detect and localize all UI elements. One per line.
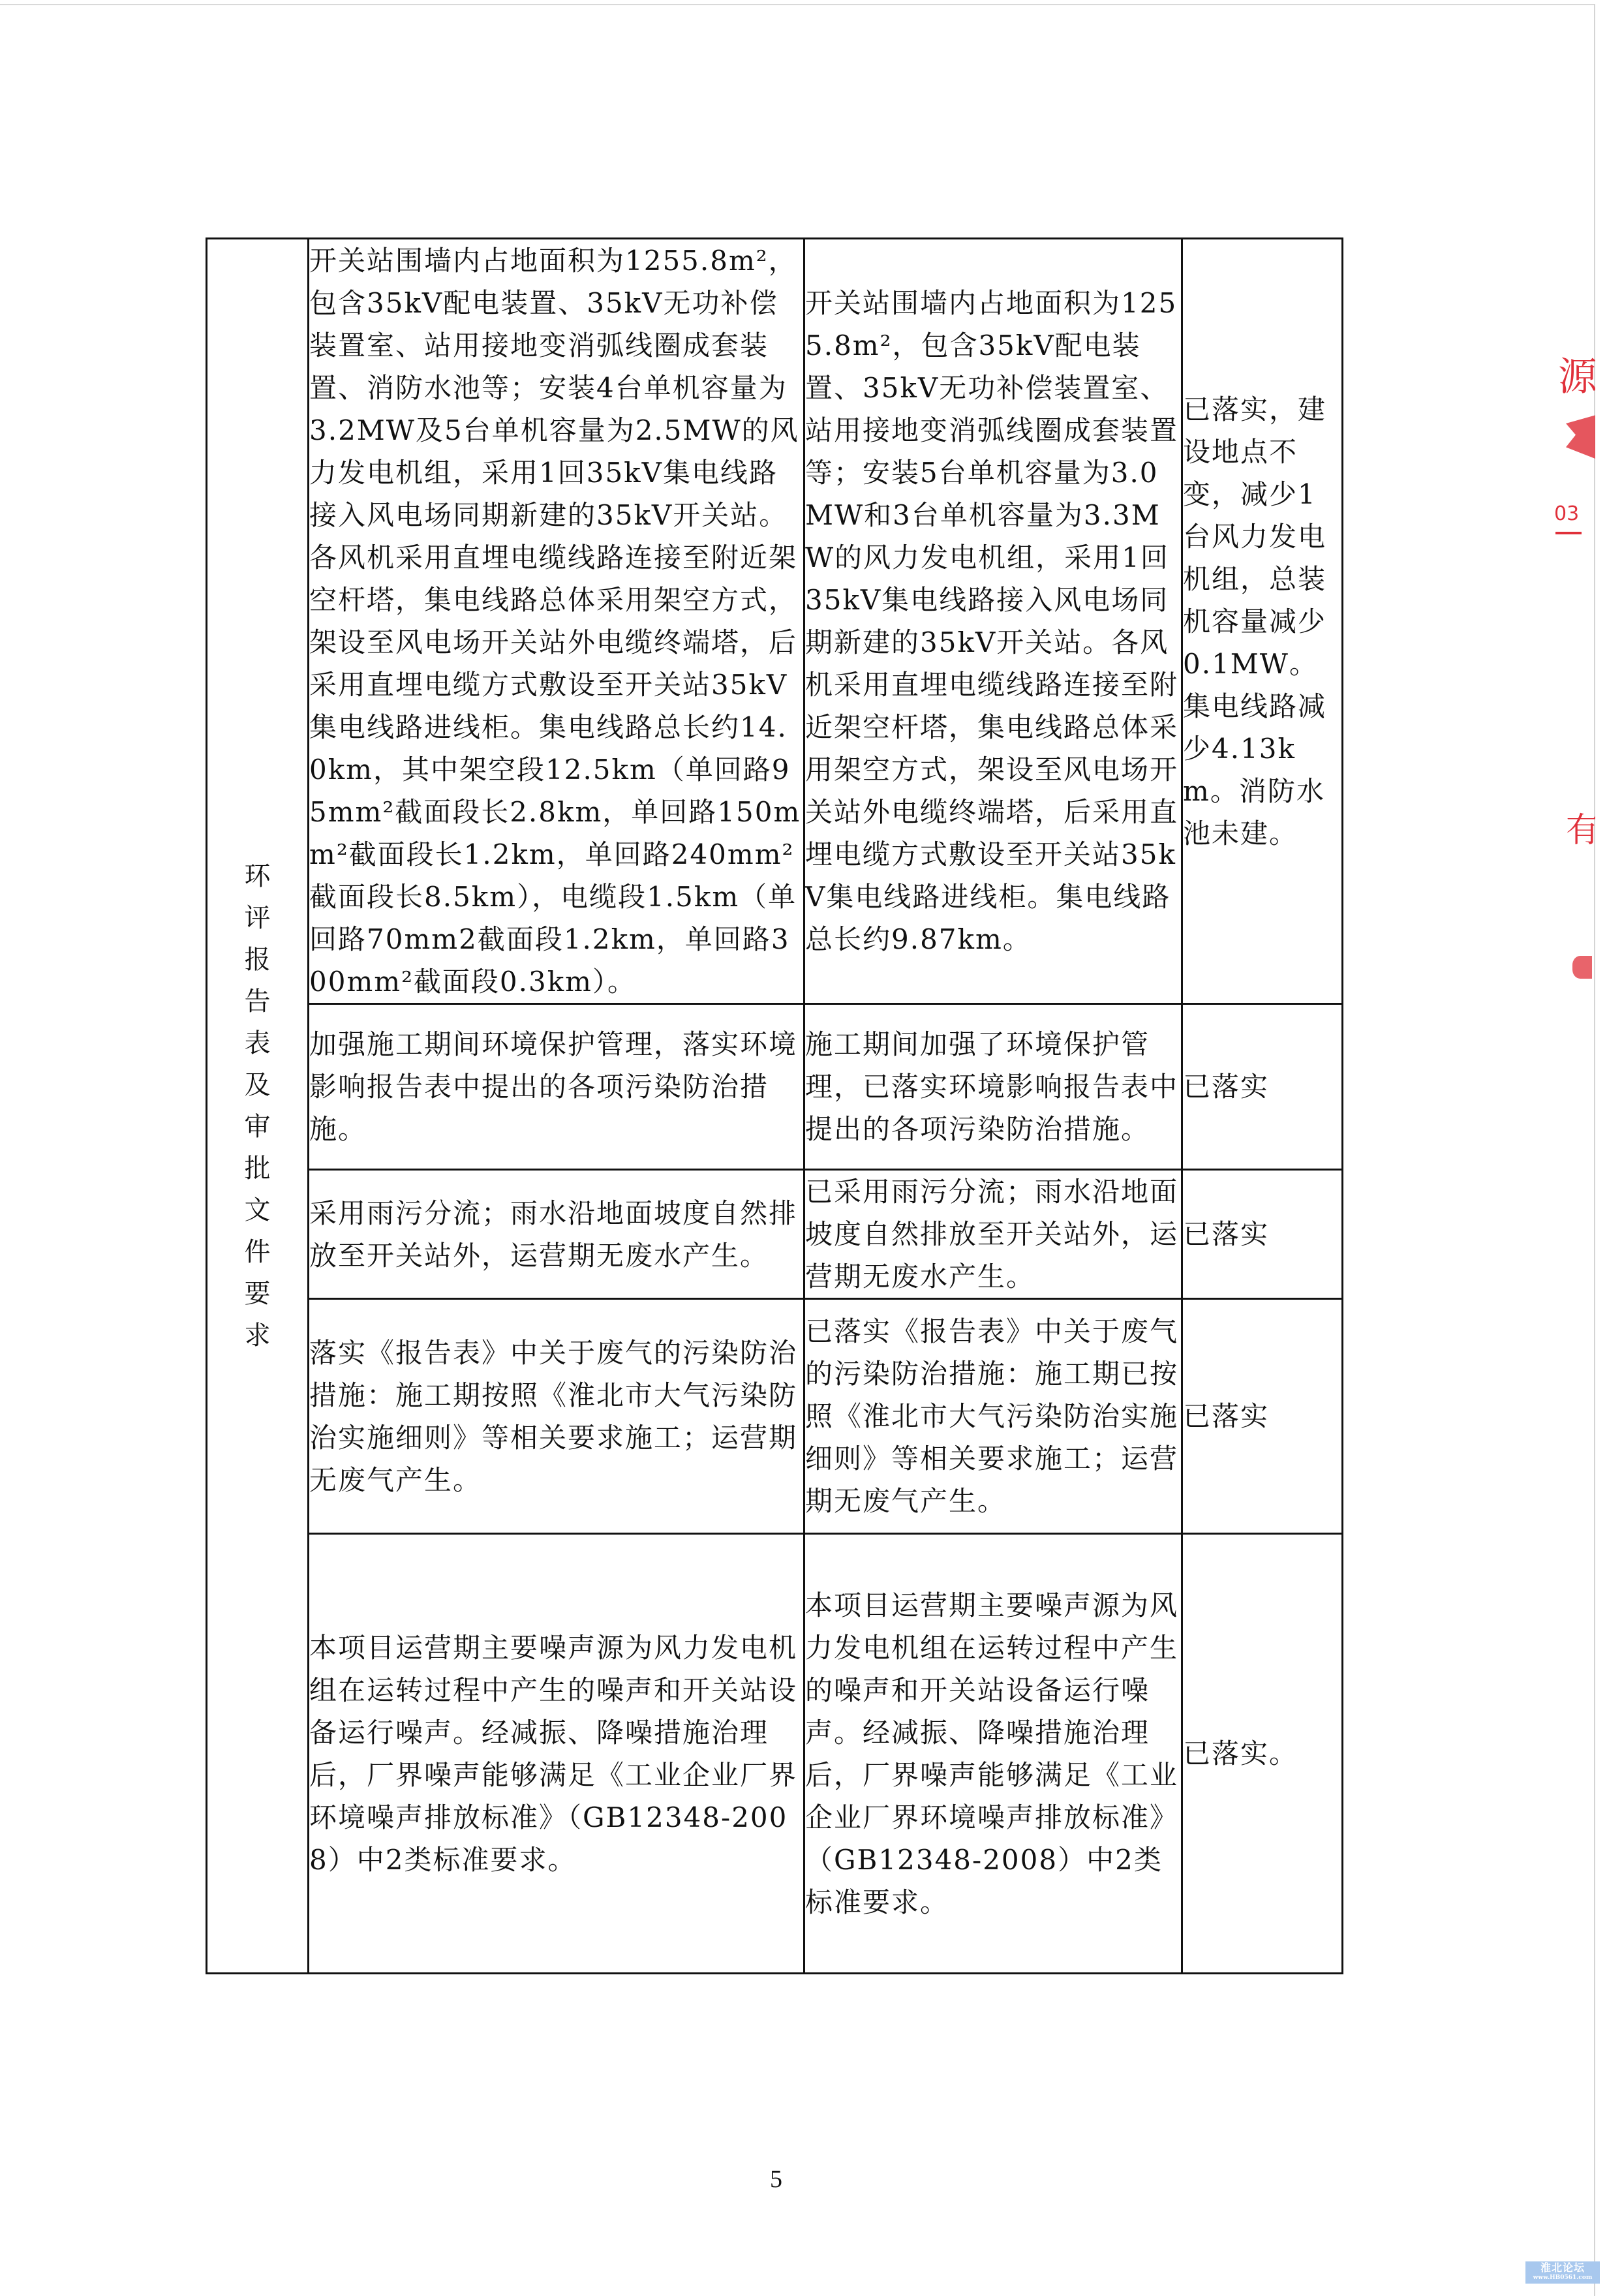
page-number: 5 [770,2165,782,2194]
requirement-cell: 落实《报告表》中关于废气的污染防治措施：施工期按照《淮北市大气污染防治实施细则》… [309,1299,804,1534]
status-cell: 已落实 [1182,1299,1343,1534]
category-label: 环评报告表及审批文件要求 [241,855,274,1356]
stamp-number: 03 [1554,502,1579,525]
stamp-fragment [1572,956,1592,979]
forum-watermark: 淮北论坛 www.HB0561.com [1525,2261,1600,2284]
requirement-cell: 本项目运营期主要噪声源为风力发电机组在运转过程中产生的噪声和开关站设备运行噪声。… [309,1534,804,1974]
stamp-mark [1555,532,1582,534]
requirement-cell: 开关站围墙内占地面积为1255.8m²，包含35kV配电装置、35kV无功补偿装… [309,239,804,1004]
implementation-cell: 本项目运营期主要噪声源为风力发电机组在运转过程中产生的噪声和开关站设备运行噪声。… [804,1534,1182,1974]
status-cell: 已落实 [1182,1170,1343,1299]
table-row: 落实《报告表》中关于废气的污染防治措施：施工期按照《淮北市大气污染防治实施细则》… [207,1299,1343,1534]
stamp-char: 有 [1566,803,1595,851]
status-text: 已落实 [1183,1065,1341,1108]
watermark-url: www.HB0561.com [1525,2274,1600,2282]
implementation-cell: 施工期间加强了环境保护管理，已落实环境影响报告表中提出的各项污染防治措施。 [804,1004,1182,1170]
star-icon [1566,414,1595,460]
implementation-cell: 已落实《报告表》中关于废气的污染防治措施：施工期已按照《淮北市大气污染防治实施细… [804,1299,1182,1534]
implementation-text: 施工期间加强了环境保护管理，已落实环境影响报告表中提出的各项污染防治措施。 [805,1023,1181,1150]
table-row: 本项目运营期主要噪声源为风力发电机组在运转过程中产生的噪声和开关站设备运行噪声。… [207,1534,1343,1974]
requirement-text: 加强施工期间环境保护管理，落实环境影响报告表中提出的各项污染防治措施。 [309,1023,803,1150]
status-text: 已落实。 [1183,1732,1341,1775]
implementation-cell: 开关站围墙内占地面积为1255.8m²，包含35kV配电装置、35kV无功补偿装… [804,239,1182,1004]
watermark-title: 淮北论坛 [1525,2261,1600,2274]
table-row: 采用雨污分流；雨水沿地面坡度自然排放至开关站外，运营期无废水产生。 已采用雨污分… [207,1170,1343,1299]
table-row: 环评报告表及审批文件要求 开关站围墙内占地面积为1255.8m²，包含35kV配… [207,239,1343,1004]
implementation-text: 已采用雨污分流；雨水沿地面坡度自然排放至开关站外，运营期无废水产生。 [805,1171,1181,1298]
requirement-cell: 采用雨污分流；雨水沿地面坡度自然排放至开关站外，运营期无废水产生。 [309,1170,804,1299]
official-seal-stamp: 源 03 有 [1546,346,1595,1037]
table-row: 加强施工期间环境保护管理，落实环境影响报告表中提出的各项污染防治措施。 施工期间… [207,1004,1343,1170]
implementation-cell: 已采用雨污分流；雨水沿地面坡度自然排放至开关站外，运营期无废水产生。 [804,1170,1182,1299]
status-cell: 已落实 [1182,1004,1343,1170]
status-cell: 已落实，建设地点不变，减少1台风力发电机组，总装机容量减少0.1MW。集电线路减… [1182,239,1343,1004]
status-text: 已落实 [1183,1213,1341,1255]
status-text: 已落实，建设地点不变，减少1台风力发电机组，总装机容量减少0.1MW。集电线路减… [1183,388,1341,855]
scan-top-edge [0,4,1594,5]
requirement-text: 本项目运营期主要噪声源为风力发电机组在运转过程中产生的噪声和开关站设备运行噪声。… [309,1627,803,1881]
requirement-text: 采用雨污分流；雨水沿地面坡度自然排放至开关站外，运营期无废水产生。 [309,1192,803,1277]
implementation-text: 已落实《报告表》中关于废气的污染防治措施：施工期已按照《淮北市大气污染防治实施细… [805,1310,1181,1522]
category-cell: 环评报告表及审批文件要求 [207,239,309,1974]
stamp-char: 源 [1558,346,1595,402]
requirement-text: 开关站围墙内占地面积为1255.8m²，包含35kV配电装置、35kV无功补偿装… [309,239,803,1003]
implementation-text: 本项目运营期主要噪声源为风力发电机组在运转过程中产生的噪声和开关站设备运行噪声。… [805,1584,1181,1923]
status-cell: 已落实。 [1182,1534,1343,1974]
requirement-text: 落实《报告表》中关于废气的污染防治措施：施工期按照《淮北市大气污染防治实施细则》… [309,1332,803,1501]
status-text: 已落实 [1183,1395,1341,1437]
implementation-text: 开关站围墙内占地面积为1255.8m²，包含35kV配电装置、35kV无功补偿装… [805,282,1181,960]
requirements-comparison-table: 环评报告表及审批文件要求 开关站围墙内占地面积为1255.8m²，包含35kV配… [206,237,1343,1974]
requirement-cell: 加强施工期间环境保护管理，落实环境影响报告表中提出的各项污染防治措施。 [309,1004,804,1170]
